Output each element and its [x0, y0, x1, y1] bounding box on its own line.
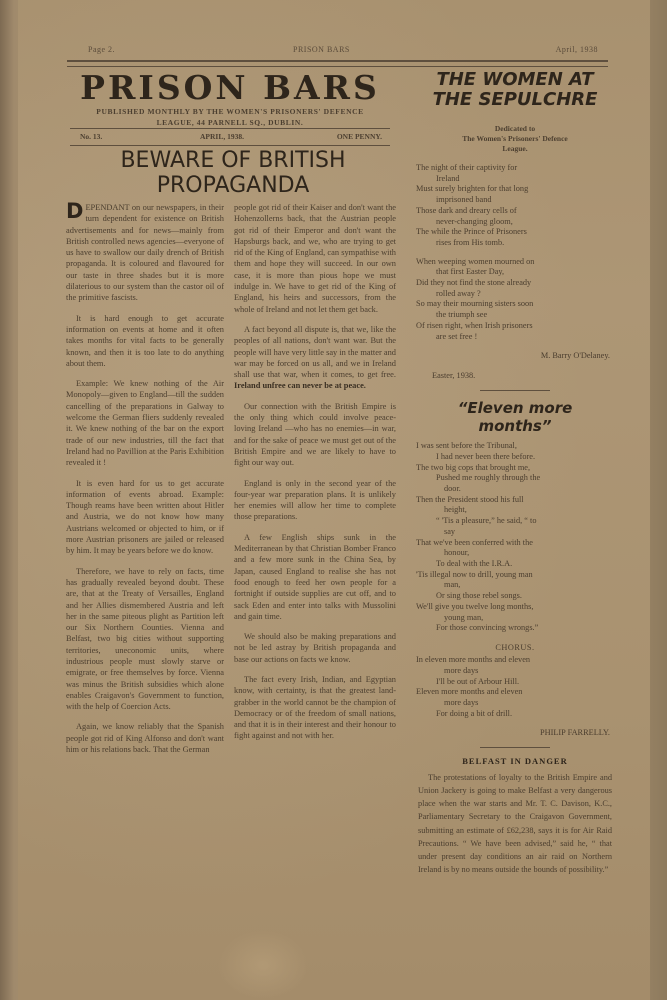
- poem1-author: M. Barry O'Delaney.: [410, 350, 620, 361]
- article-column-1: DEPENDANT on our newspapers, in their tu…: [66, 202, 224, 764]
- poem2-author: PHILIP FARRELLY.: [410, 727, 620, 738]
- article-paragraph: It is even hard for us to get accurate i…: [66, 478, 224, 557]
- issue-date: APRIL, 1938.: [200, 132, 244, 141]
- issue-info-bar: No. 13. APRIL, 1938. ONE PENNY.: [70, 128, 390, 146]
- masthead: PRISON BARS PUBLISHED MONTHLY BY THE WOM…: [60, 70, 400, 128]
- article-paragraph: DEPENDANT on our newspapers, in their tu…: [66, 202, 224, 304]
- article-paragraph: Therefore, we have to rely on facts, tim…: [66, 566, 224, 713]
- poem1-dedication: Dedicated to The Women's Prisoners' Defe…: [410, 124, 620, 154]
- chorus-label: CHORUS.: [410, 642, 620, 653]
- running-title: PRISON BARS: [293, 45, 350, 54]
- running-date: April, 1938: [556, 45, 598, 54]
- article-paragraph: A fact beyond all dispute is, that we, l…: [234, 324, 396, 392]
- masthead-subtitle-1: PUBLISHED MONTHLY BY THE WOMEN'S PRISONE…: [60, 107, 400, 117]
- article-paragraph: Our connection with the British Empire i…: [234, 401, 396, 469]
- article-paragraph: It is hard enough to get accurate inform…: [66, 313, 224, 369]
- article-paragraph: The fact every Irish, Indian, and Egypti…: [234, 674, 396, 742]
- poem1-stanza-1: The night of their captivity for Ireland…: [410, 163, 620, 249]
- article-headline: BEWARE OF BRITISH PROPAGANDA: [68, 148, 398, 198]
- belfast-body: The protestations of loyalty to the Brit…: [410, 771, 620, 877]
- article-paragraph: A few English ships sunk in the Mediterr…: [234, 532, 396, 622]
- bold-slogan: Ireland unfree can never be at peace.: [234, 381, 366, 390]
- issue-price: ONE PENNY.: [337, 132, 382, 141]
- issue-number: No. 13.: [80, 132, 102, 141]
- poem2-title: “Eleven moremonths”: [410, 399, 620, 435]
- poem2-chorus: In eleven more months and eleven more da…: [410, 655, 620, 719]
- article-column-2: people got rid of their Kaiser and don't…: [234, 202, 396, 751]
- article-paragraph: Example: We knew nothing of the Air Mono…: [66, 378, 224, 468]
- belfast-heading: BELFAST IN DANGER: [410, 756, 620, 767]
- article-paragraph: England is only in the second year of th…: [234, 478, 396, 523]
- poem1-stanza-2: When weeping women mourned on that first…: [410, 257, 620, 343]
- poem1-title-line2: THE SEPULCHRE: [410, 90, 620, 110]
- article-paragraph: Again, we know reliably that the Spanish…: [66, 721, 224, 755]
- poem2-stanza: I was sent before the Tribunal, I had ne…: [410, 441, 620, 634]
- paper-stain: [218, 930, 308, 1000]
- section-divider: [480, 390, 550, 391]
- right-column: THE WOMEN AT THE SEPULCHRE Dedicated to …: [410, 70, 620, 885]
- drop-cap: D: [66, 202, 83, 220]
- article-paragraph: people got rid of their Kaiser and don't…: [234, 202, 396, 315]
- running-head: Page 2. PRISON BARS April, 1938: [88, 45, 598, 57]
- article-paragraph: We should also be making preparations an…: [234, 631, 396, 665]
- poem1-dateline: Easter, 1938.: [410, 370, 620, 381]
- masthead-title: PRISON BARS: [60, 70, 400, 106]
- poem1-title-line1: THE WOMEN AT: [410, 70, 620, 90]
- masthead-subtitle-2: LEAGUE, 44 PARNELL SQ., DUBLIN.: [60, 118, 400, 128]
- header-rule: [67, 60, 608, 67]
- page-number: Page 2.: [88, 45, 115, 54]
- section-divider: [480, 747, 550, 748]
